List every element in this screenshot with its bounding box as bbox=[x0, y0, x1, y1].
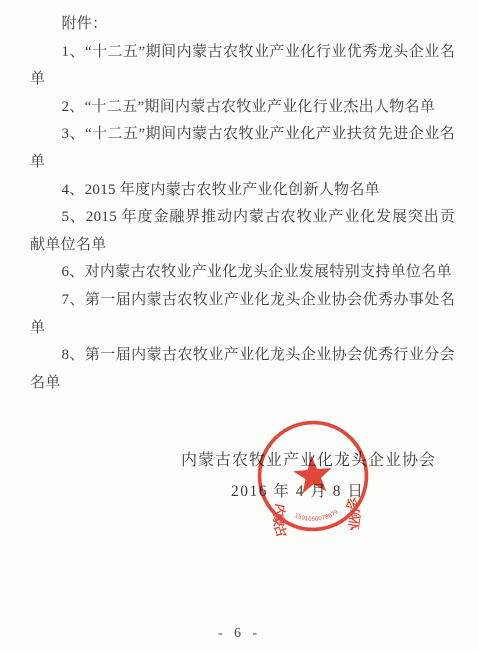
list-item: 1、“十二五”期间内蒙古农牧业产业化行业优秀龙头企业名单 bbox=[30, 39, 455, 94]
official-seal-stamp: 内蒙古农牧业产业化龙头企业协会 1501050078679 bbox=[251, 414, 375, 538]
list-item: 5、2015 年度金融界推动内蒙古农牧业产业化发展突出贡献单位名单 bbox=[30, 204, 455, 259]
attachment-body: 附件： 1、“十二五”期间内蒙古农牧业产业化行业优秀龙头企业名单2、“十二五”期… bbox=[30, 11, 455, 397]
list-item: 2、“十二五”期间内蒙古农牧业产业化行业杰出人物名单 bbox=[30, 94, 455, 122]
page-number: - 6 - bbox=[0, 626, 479, 642]
list-item: 8、第一届内蒙古农牧业产业化龙头企业协会优秀行业分会名单 bbox=[30, 342, 455, 397]
document-page: 附件： 1、“十二五”期间内蒙古农牧业产业化行业优秀龙头企业名单2、“十二五”期… bbox=[0, 0, 479, 651]
list-item: 6、对内蒙古农牧业产业化龙头企业发展特别支持单位名单 bbox=[30, 259, 455, 287]
seal-serial-number: 1501050078679 bbox=[293, 509, 341, 525]
list-item: 7、第一届内蒙古农牧业产业化龙头企业协会优秀办事处名单 bbox=[30, 287, 455, 342]
seal-serial-wrap: 1501050078679 bbox=[293, 509, 341, 525]
list-item: 4、2015 年度内蒙古农牧业产业化创新人物名单 bbox=[30, 177, 455, 205]
seal-star-icon bbox=[292, 454, 334, 494]
attachment-label: 附件： bbox=[30, 11, 455, 39]
attachment-list: 1、“十二五”期间内蒙古农牧业产业化行业优秀龙头企业名单2、“十二五”期间内蒙古… bbox=[30, 39, 455, 398]
seal-ring-text: 内蒙古农牧业产业化龙头企业协会 bbox=[269, 494, 366, 537]
list-item: 3、“十二五”期间内蒙古农牧业产业化产业扶贫先进企业名单 bbox=[30, 121, 455, 176]
seal-ring-text-wrap: 内蒙古农牧业产业化龙头企业协会 bbox=[269, 494, 366, 537]
